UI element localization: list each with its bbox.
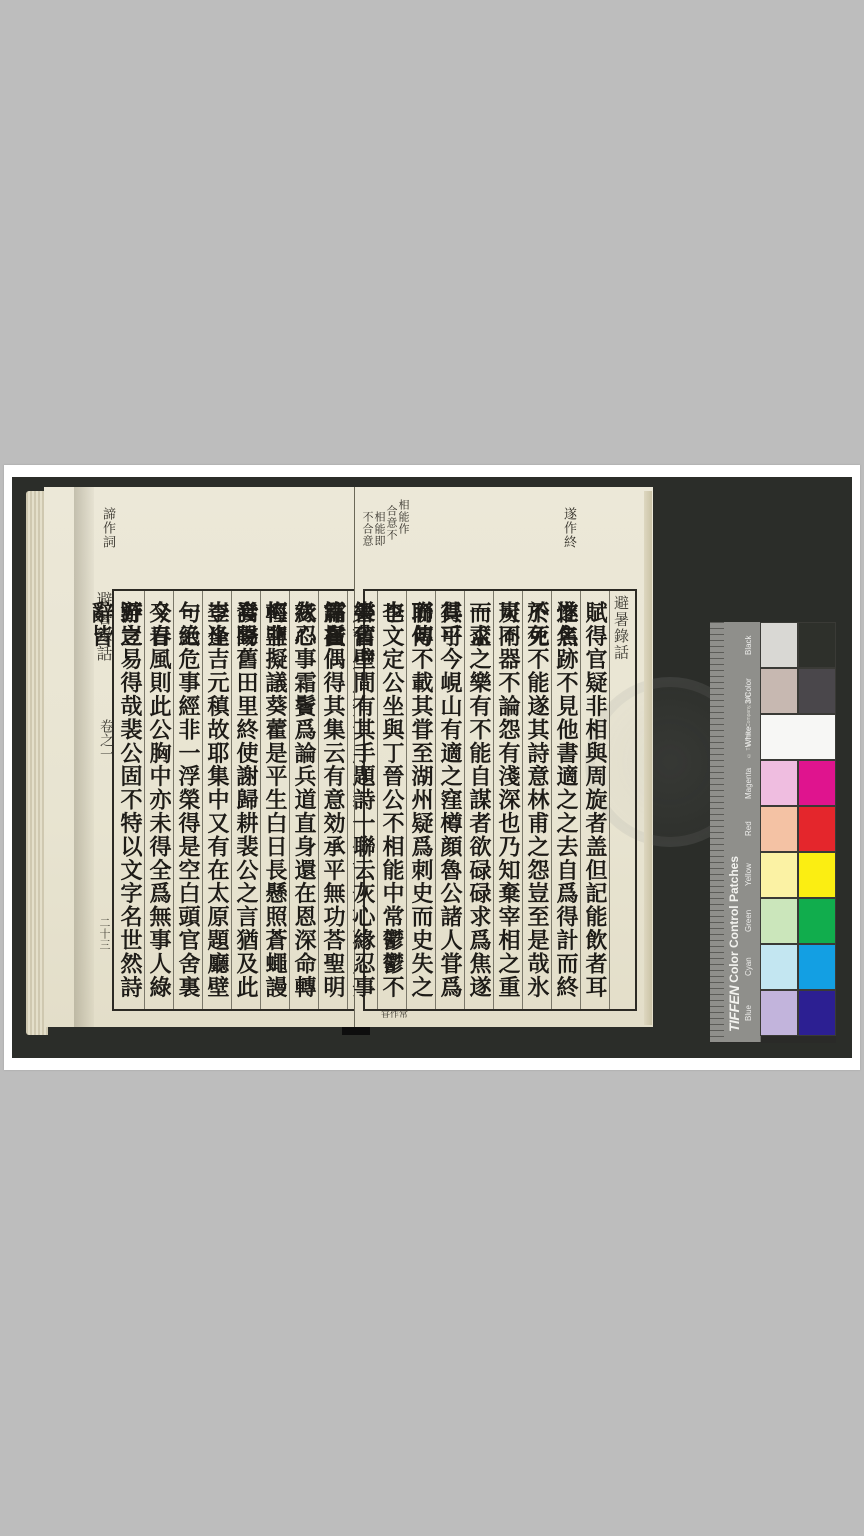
patch-dark [798, 990, 836, 1036]
color-control-chart: TIFFEN Color Control Patches © The Tiffe… [710, 622, 836, 1043]
patch-light [760, 944, 798, 990]
patch-dark [798, 668, 836, 714]
patch-label: Magenta [744, 760, 758, 806]
patch-dark [798, 898, 836, 944]
header-column: 避暑錄話 [609, 591, 635, 1009]
margin-note-center: 遂作終 [561, 507, 576, 549]
patch-label: Black [744, 622, 758, 668]
patch-dark [798, 944, 836, 990]
left-page: 諦作詞 避暑錄話 卷之一 二十三 爲論兵凡数十處此裴晉公詩也初不見全篇在 許昌偶… [44, 487, 354, 1027]
right-page: 不合意 相能即 合意不 相能作 遂作終 常作甞 避暑錄話 賦得官疑非相與周旋者盖… [354, 487, 653, 1027]
patch-label: Cyan [744, 944, 758, 990]
patch-label: Yellow [744, 852, 758, 898]
patch-row-black: Black [760, 622, 836, 668]
patch-light [760, 760, 798, 806]
text-column: 梅非擬議葵藿是平生白日長懸照蒼蠅謾發聲 [260, 591, 289, 1009]
gutter-shadow [342, 1027, 370, 1035]
patch-label: White [744, 714, 758, 760]
patch-light [760, 990, 798, 1036]
patch-white [760, 714, 836, 760]
text-column: 賦得官疑非相與周旋者盖但記能飲者耳惟焦 [580, 591, 609, 1009]
text-column: 又春風則此公胸中亦未得全爲無事人綠野之 [144, 591, 173, 1009]
patch-dark [798, 852, 836, 898]
text-column: 李文定公坐與丁晉公不相能中常鬱鬱不樂舊中 [377, 591, 406, 1009]
patch-light [760, 668, 798, 714]
chart-brand-title: TIFFEN Color Control Patches [726, 856, 742, 1032]
patch-label: 3/Color [744, 668, 758, 714]
patch-dark [798, 760, 836, 806]
text-column: 遂名跡不見他書適之之去自爲得計而終不免 [551, 591, 580, 1009]
margin-note-c: 相能即 [373, 511, 385, 547]
patch-row-3color: 3/Color [760, 668, 836, 714]
text-column: 於死不能遂其詩意林甫之怨豈至是哉氷炭不 [522, 591, 551, 1009]
book-title: 避暑錄話 [606, 595, 635, 1009]
text-column: 許昌偶得其集云有意効承平無功荅聖明灰心 [318, 591, 347, 1009]
patch-row-blue: Blue [760, 990, 836, 1036]
text-column: 句云危事經非一浮榮得是空白頭官舍裏今日 [173, 591, 202, 1009]
patch-light [760, 806, 798, 852]
open-book: 諦作詞 避暑錄話 卷之一 二十三 爲論兵凡数十處此裴晉公詩也初不見全篇在 許昌偶… [26, 487, 652, 1035]
margin-note-bottom: 常作甞 [379, 1009, 406, 1027]
text-column: 緣忍事霜鬢爲論兵道直身還在恩深命轉輕鹽 [289, 591, 318, 1009]
patch-row-cyan: Cyan [760, 944, 836, 990]
brand-name: TIFFEN [726, 986, 742, 1032]
patch-label: Red [744, 806, 758, 852]
patch-row-magenta: Magenta [760, 760, 836, 806]
margin-note-d: 不合意 [361, 511, 373, 547]
patch-light [760, 898, 798, 944]
text-column: 而傳不載其甞至湖州疑爲刺史而史失之也 [406, 591, 435, 1009]
right-page-edge [644, 491, 652, 1025]
scan-photo: 諦作詞 避暑錄話 卷之一 二十三 爲論兵凡数十處此裴晉公詩也初不見全篇在 許昌偶… [12, 477, 852, 1058]
right-text-block: 避暑錄話 賦得官疑非相與周旋者盖但記能飲者耳惟焦 遂名跡不見他書適之之去自爲得計… [363, 589, 637, 1011]
margin-note-a: 相能作 [397, 499, 409, 535]
text-column: 李逢吉元稹故耶集中又有在太原題廳壁一絶 [202, 591, 231, 1009]
ruler-ticks [710, 622, 724, 1042]
text-column: 一盃之樂有不能自謀者欲碌碌求爲焦遂其可 [464, 591, 493, 1009]
patch-label: Blue [744, 990, 758, 1036]
text-column: 可同器不論怨有淺深也乃知棄宰相之重而求 [493, 591, 522, 1009]
fore-edge-folio: 二十三 [96, 917, 112, 950]
text-column: 得乎今峴山有適之窪樽顔魯公諸人甞爲聯句 [435, 591, 464, 1009]
text-column: 書省壁間有其手題詩一聯云灰心緣忍事霜鬢 [348, 591, 377, 1009]
patch-row-white: White [760, 714, 836, 760]
chart-title: Color Control Patches [727, 856, 741, 983]
patch-row-red: Red [760, 806, 836, 852]
text-column: 嵩陽舊田里終使謝歸耕裴公之言猶及此豈坐 [231, 591, 260, 1009]
patch-light [760, 622, 798, 668]
left-margin-note: 諦作詞 [100, 507, 115, 549]
patch-dark [798, 806, 836, 852]
text-column: 游豈易得哉裴公固不特以文字名世然詩辭皆 [115, 591, 144, 1009]
patch-light [760, 852, 798, 898]
edge-stain [74, 487, 94, 1027]
patch-dark [798, 622, 836, 668]
margin-note-b: 合意不 [385, 505, 397, 541]
left-text-block: 爲論兵凡数十處此裴晉公詩也初不見全篇在 許昌偶得其集云有意効承平無功荅聖明灰心 … [112, 589, 378, 1011]
patch-label: Green [744, 898, 758, 944]
patch-row-yellow: Yellow [760, 852, 836, 898]
patch-row-green: Green [760, 898, 836, 944]
